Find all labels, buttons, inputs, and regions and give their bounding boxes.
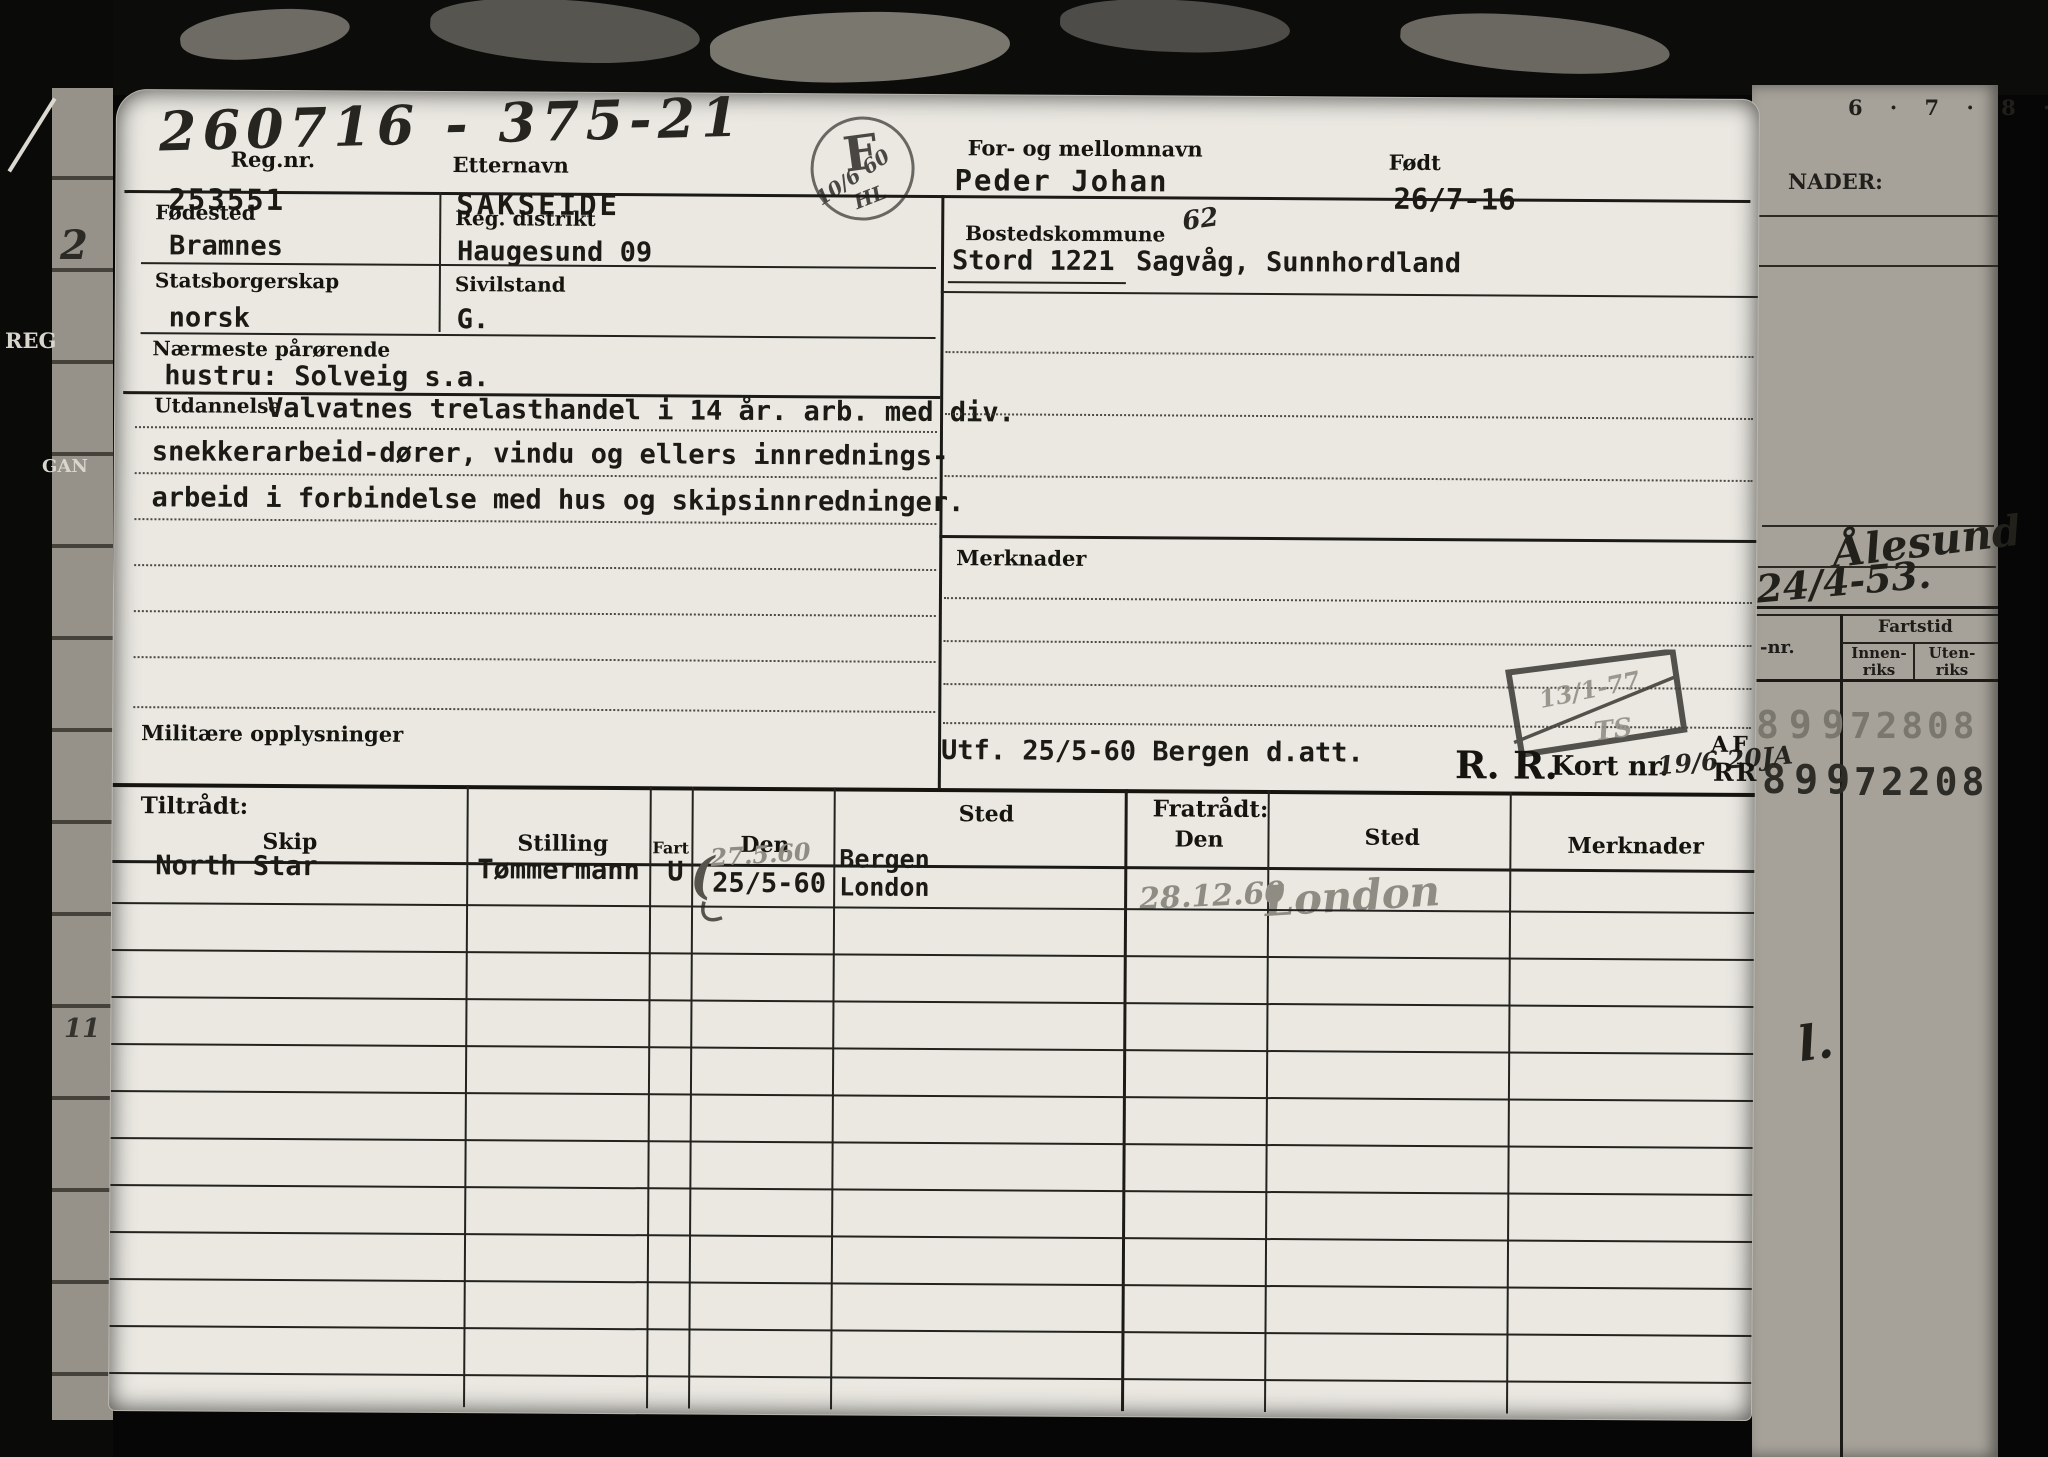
dotted-rule	[944, 597, 1752, 604]
right-card-hand-date: 24/4-53.	[1754, 551, 1932, 611]
utdannelse-line2: snekkerarbeid-dører, vindu og ellers inn…	[152, 436, 949, 472]
table-row-line	[112, 902, 1754, 914]
row1-fart: U	[667, 856, 683, 887]
left-strip-hand-mark: 11	[64, 1014, 100, 1044]
bosted-value: Stord 1221	[952, 245, 1115, 277]
column-divider	[439, 192, 442, 332]
sivilstand-label: Sivilstand	[455, 272, 566, 297]
bosted-label: Bostedskommune	[965, 221, 1165, 246]
round-date-stamp: F 10/6 60 HL	[804, 110, 921, 227]
fratradt-label: Fratrådt:	[1153, 795, 1269, 823]
table-header-line	[112, 860, 1754, 873]
regdistrikt-label: Reg. distrikt	[455, 206, 596, 231]
dotted-rule	[945, 413, 1753, 420]
seaman-register-card: 260716 - 375-21 Reg.nr. 253551 Etternavn…	[109, 90, 1759, 1420]
left-background-strip: REG GAN 2 11	[0, 0, 113, 1457]
table-column-line	[1121, 789, 1128, 1411]
table-row-line	[111, 1043, 1753, 1055]
dotted-rule	[134, 610, 936, 617]
af-stamp: AF	[1711, 732, 1752, 758]
left-strip-partial-text: REG	[5, 328, 56, 353]
header-fratradt-sted: Sted	[1364, 825, 1420, 851]
dotted-rule	[135, 472, 937, 479]
white-diagonal-mark	[8, 97, 57, 172]
stord-double-underline	[948, 281, 1126, 284]
row1-sted-line1: Bergen	[839, 844, 929, 874]
table-row-line	[111, 1137, 1753, 1149]
innenriks-line1: Innen-	[1851, 644, 1907, 662]
pencil-hook-mark	[698, 900, 730, 928]
fodt-label: Født	[1389, 150, 1441, 175]
ruled-line	[1752, 215, 1998, 217]
mellomnavn-value: Peder Johan	[954, 163, 1168, 198]
innenriks-header: Innen- riks	[1850, 645, 1908, 678]
underlying-card-edge	[52, 88, 113, 1420]
regnr-label: Reg.nr.	[231, 147, 316, 173]
table-row-line	[109, 1325, 1751, 1337]
sivilstand-value: G.	[457, 304, 490, 335]
left-strip-partial-text: GAN	[42, 456, 88, 477]
table-row-line	[110, 1231, 1752, 1243]
row1-fratradt-sted-handwritten: London	[1263, 866, 1442, 926]
statsborgerskap-value: norsk	[169, 302, 250, 333]
dotted-rule	[945, 475, 1753, 482]
rr-stamp: R. R.	[1455, 742, 1558, 788]
table-row-line	[112, 949, 1754, 961]
scanned-register-card-page: REG GAN 2 11 6 · 7 · 8 · 9 NADER: Ålesun…	[0, 0, 2048, 1457]
torn-shape	[709, 7, 1011, 87]
merknader-divider-line	[939, 535, 1756, 543]
rr2-stamp: RR	[1713, 758, 1759, 787]
ruled-line	[1752, 679, 1998, 682]
table-column-line	[463, 785, 469, 1407]
left-strip-hand-digit: 2	[60, 222, 88, 269]
utdannelse-label: Utdannelse	[154, 393, 281, 418]
dotted-rule	[944, 640, 1752, 647]
torn-shape	[429, 0, 702, 69]
parorende-value: hustru: Solveig s.a.	[164, 360, 489, 393]
fodested-label: Fødested	[155, 200, 256, 225]
dotted-rule	[945, 351, 1753, 358]
dotted-rule	[134, 564, 936, 571]
table-row-line	[110, 1184, 1752, 1196]
parorende-label: Nærmeste pårørende	[152, 336, 390, 361]
nr-label-partial: -nr.	[1760, 637, 1795, 658]
table-row-line	[110, 1278, 1752, 1290]
militare-label: Militære opplysninger	[141, 720, 403, 747]
row1-stilling: Tømmermann	[477, 854, 640, 886]
torn-shape	[178, 1, 352, 67]
right-card-subcolumn-line	[1913, 642, 1915, 679]
header-stilling: Stilling	[517, 830, 608, 857]
table-row-line	[111, 1090, 1753, 1102]
dotted-rule	[134, 518, 936, 525]
tiltradt-label: Tiltrådt:	[141, 792, 249, 820]
utf-issue-line: Utf. 25/5-60 Bergen d.att.	[941, 735, 1364, 769]
double-ruled-line	[1752, 606, 1998, 609]
stamped-number-faint: 72808	[1850, 706, 1978, 747]
statsborgerskap-label: Statsborgerskap	[155, 268, 339, 293]
double-ruled-line	[1752, 614, 1998, 616]
dotted-rule	[133, 706, 935, 713]
merknader-label: Merknader	[956, 545, 1086, 571]
ruled-line	[941, 291, 1758, 298]
header-fratradt-den: Den	[1174, 826, 1223, 852]
table-column-line	[830, 787, 836, 1409]
utdannelse-line1: Valvatnes trelasthandel i 14 år. arb. me…	[267, 393, 1015, 429]
row1-skip: North Star	[155, 850, 318, 882]
stamped-number-bold: 72208	[1854, 760, 1988, 804]
utdannelse-line3: arbeid i forbindelse med hus og skipsinn…	[151, 482, 964, 518]
right-card-merknader-partial: NADER:	[1788, 169, 1883, 194]
header-fart: Fart	[652, 838, 689, 857]
table-column-line	[1506, 792, 1512, 1414]
fartstid-header: Fartstid	[1878, 617, 1953, 637]
utenriks-line2: riks	[1936, 661, 1968, 679]
underlying-right-card: 6 · 7 · 8 · 9 NADER: Ålesund 24/4-53. Fa…	[1752, 85, 1998, 1457]
table-column-line	[646, 786, 652, 1408]
table-row-line	[109, 1372, 1751, 1384]
torn-paper-texture	[0, 0, 2048, 95]
stamped-number-faint: 899	[1756, 703, 1855, 747]
utenriks-header: Uten- riks	[1924, 645, 1980, 678]
utenriks-line1: Uten-	[1929, 644, 1976, 662]
ruled-line	[1752, 265, 1998, 267]
row1-den: 25/5-60	[712, 868, 826, 900]
kortnr-label: Kort nr.	[1551, 751, 1669, 783]
etternavn-label: Etternavn	[453, 152, 569, 178]
innenriks-line2: riks	[1863, 661, 1895, 679]
dotted-rule	[134, 656, 936, 663]
row1-sted-line2: London	[839, 872, 929, 902]
table-row-line	[112, 996, 1754, 1008]
bosted-value2: Sagvåg, Sunnhordland	[1136, 246, 1461, 279]
torn-shape	[1059, 0, 1291, 56]
box-stamp-pencil-initials: TS	[1592, 713, 1634, 748]
mellomnavn-label: For- og mellomnavn	[968, 135, 1203, 161]
fodested-value: Bramnes	[169, 230, 283, 262]
bosted-hand-number: 62	[1180, 202, 1220, 237]
torn-shape	[1398, 7, 1671, 82]
header-sted: Sted	[959, 801, 1015, 827]
right-card-tick-numbers: 6 · 7 · 8 · 9	[1848, 95, 2048, 120]
header-merknader: Merknader	[1567, 833, 1704, 860]
right-card-flourish: l.	[1794, 1013, 1836, 1073]
